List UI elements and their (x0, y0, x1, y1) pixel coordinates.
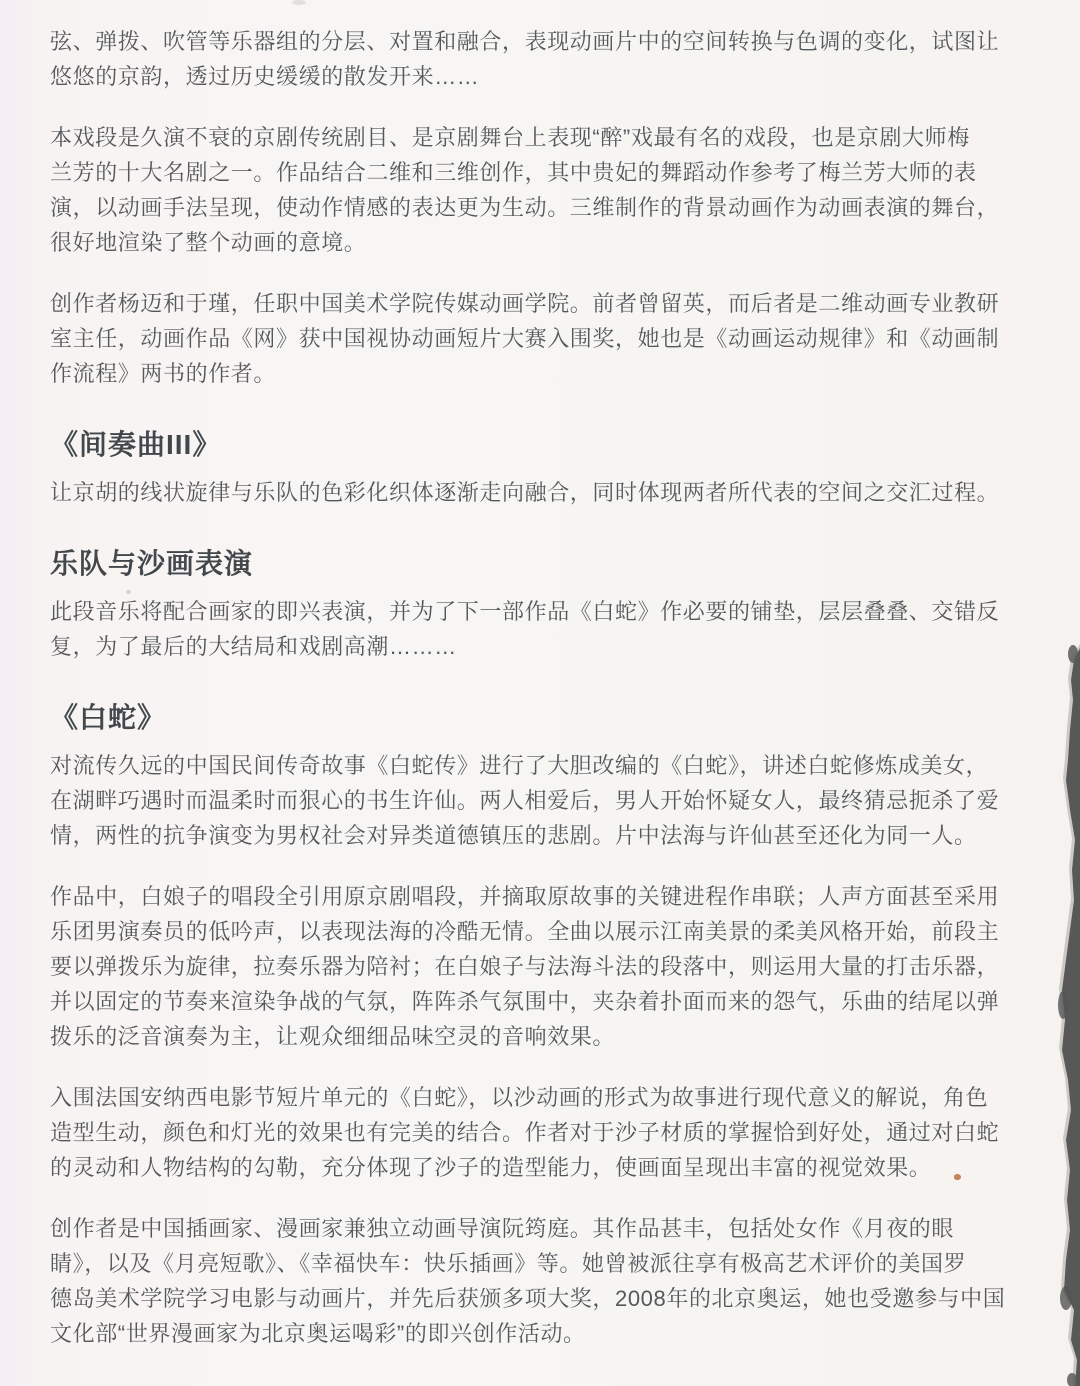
tan-speck-artifact (126, 590, 131, 594)
paragraph-orchestra-sand-painting: 此段音乐将配合画家的即兴表演，并为了下一部作品《白蛇》作必要的铺垫，层层叠叠、交… (50, 594, 1012, 664)
orange-speck-artifact (954, 1174, 961, 1180)
heading-interlude-iii: 《间奏曲III》 (50, 423, 1012, 467)
paragraph-interlude-iii: 让京胡的线状旋律与乐队的色彩化织体逐渐走向融合，同时体现两者所代表的空间之交汇过… (50, 475, 1012, 510)
scan-edge-artifact (1054, 0, 1080, 1386)
paragraph-white-snake-annecy: 入围法国安纳西电影节短片单元的《白蛇》，以沙动画的形式为故事进行现代意义的解说，… (50, 1080, 1012, 1185)
paragraph-creators-yangmai-yujin: 创作者杨迈和于瑾，任职中国美术学院传媒动画学院。前者曾留英，而后者是二维动画专业… (50, 286, 1012, 391)
paragraph-white-snake-music: 作品中，白娘子的唱段全引用原京剧唱段，并摘取原故事的关键进程作串联；人声方面甚至… (50, 879, 1012, 1054)
document-content: 弦、弹拨、吹管等乐器组的分层、对置和融合，表现动画片中的空间转换与色调的变化，试… (50, 24, 1012, 1377)
paragraph-drunken-concubine: 本戏段是久演不衰的京剧传统剧目、是京剧舞台上表现“醉”戏最有名的戏段，也是京剧大… (50, 120, 1012, 260)
heading-orchestra-sand-painting: 乐队与沙画表演 (50, 542, 1012, 586)
paragraph-white-snake-creator: 创作者是中国插画家、漫画家兼独立动画导演阮筠庭。其作品甚丰，包括处女作《月夜的眼… (50, 1211, 1012, 1351)
heading-white-snake: 《白蛇》 (50, 696, 1012, 740)
scanned-page: 弦、弹拨、吹管等乐器组的分层、对置和融合，表现动画片中的空间转换与色调的变化，试… (0, 0, 1080, 1386)
top-smudge-artifact (292, 0, 306, 5)
paragraph-intro-orchestration: 弦、弹拨、吹管等乐器组的分层、对置和融合，表现动画片中的空间转换与色调的变化，试… (50, 24, 1012, 94)
paragraph-white-snake-story: 对流传久远的中国民间传奇故事《白蛇传》进行了大胆改编的《白蛇》，讲述白蛇修炼成美… (50, 748, 1012, 853)
